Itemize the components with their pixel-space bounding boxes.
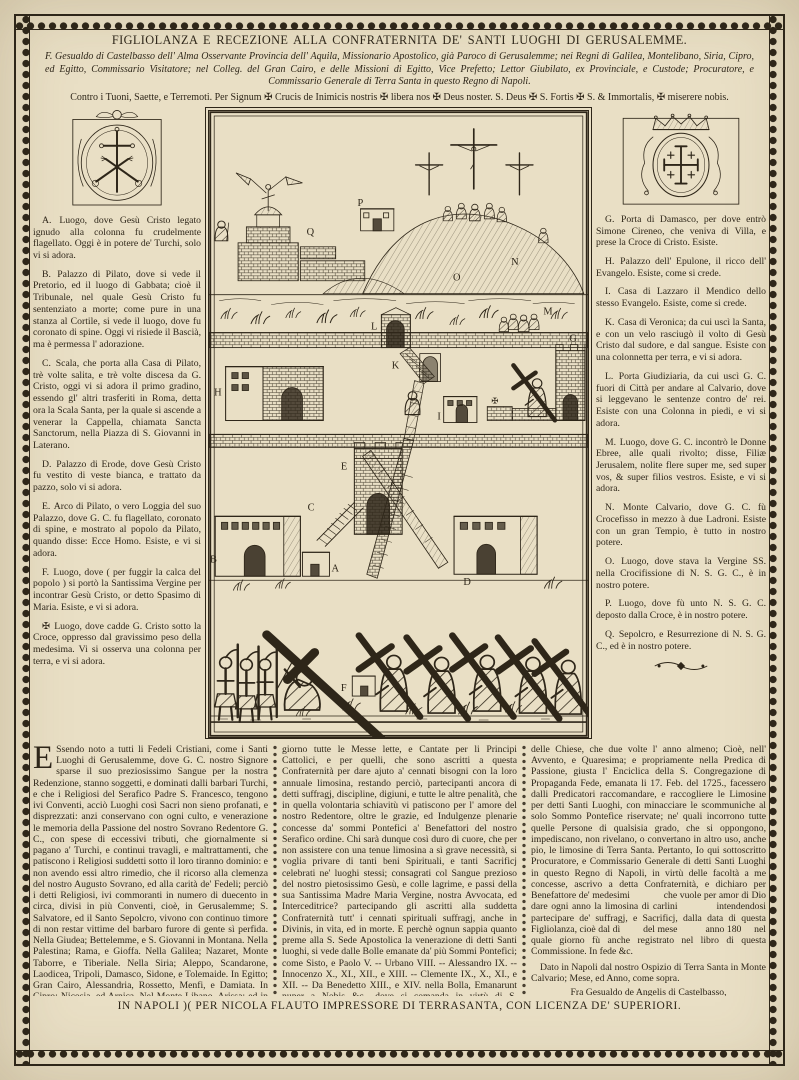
engraving-label: A [332,563,340,574]
legend-entry: D. Palazzo di Erode, dove Gesù Cristo fu… [33,459,201,494]
entry-text: Casa di Lazzaro il Mendico dello stesso … [596,286,766,309]
entry-text: Porta di Damasco, per dove entrò Simone … [596,214,766,248]
legend-entry: L. Porta Giudiziaria, da cui uscì G. C. … [596,371,766,430]
entry-letter: N. [605,502,615,513]
entry-letter: F. [42,567,50,578]
entry-letter: ✠ [42,621,51,632]
engraving-label: N [511,257,519,268]
entry-text: Monte Calvario, dove G. C. fù Crocefisso… [596,502,766,548]
entry-letter: H. [605,256,615,267]
legend-entry: C. Scala, che porta alla Casa di Pilato,… [33,358,201,452]
legend-entry: H. Palazzo dell' Epulone, il ricco dell'… [596,256,766,279]
column-divider [272,744,278,996]
entry-text: Palazzo di Pilato, dove si vede il Preto… [33,269,201,350]
column-divider [521,744,527,996]
jerusalem-arms [596,109,766,206]
entry-letter: K. [605,317,615,328]
entry-text: Luogo, dove stava la Vergine SS. nella C… [596,556,766,590]
engraving-label: I [437,411,441,422]
jerusalem-arms-icon [620,109,742,206]
signature-name: Fra Gesualdo de Angelis di Castelbasso, [531,987,766,996]
entry-text: Casa di Veronica; da cui uscì la Santa, … [596,317,766,363]
engraving-label: P [357,198,363,209]
entry-text: Luogo, dove cadde G. Cristo sotto la Cro… [33,621,201,667]
franciscan-arms-icon [70,109,164,207]
engraving-frame: A B C D E F G H I K L M N [208,110,589,738]
drop-cap: E [33,744,56,772]
legend-entry: E. Arco di Pilato, o vero Loggia del suo… [33,501,201,560]
entry-letter: Q. [605,629,615,640]
legend-entry: B. Palazzo di Pilato, dove si vede il Pr… [33,269,201,351]
engraving-scene [209,129,588,737]
engraving-label: K [392,361,400,372]
legend-entry: M. Luogo, dove G. C. incontrò le Donne E… [596,437,766,496]
entry-text: Porta Giudiziaria, da cui uscì G. C. fuo… [596,371,766,429]
appeal-column-1: ESsendo noto a tutti li Fedeli Cristiani… [33,744,268,996]
ornamental-border-bottom [14,1050,785,1066]
engraving-label-cross: ✠ [491,396,498,405]
left-legend-column: A. Luogo, dove Gesù Cristo legato ignudo… [33,107,201,739]
engraving-label: D [463,577,471,588]
appeal-text-2: giorno tutte le Messe lette, e Cantate p… [282,744,517,996]
appeal-column-2: giorno tutte le Messe lette, e Cantate p… [282,744,517,996]
legend-entry: N. Monte Calvario, dove G. C. fù Crocefi… [596,502,766,549]
ornamental-border-left [14,14,30,1066]
ornamental-border-right [769,14,785,1066]
legend-entry: K. Casa di Veronica; da cui uscì la Sant… [596,317,766,364]
invocation-line: Contro i Tuoni, Saette, e Terremoti. Per… [33,92,766,103]
legend-entry: G. Porta di Damasco, per dove entrò Simo… [596,214,766,249]
entry-text: Palazzo dell' Epulone, il ricco dell' Ev… [596,256,766,279]
entry-letter: D. [42,459,52,470]
entry-letter: B. [42,269,52,280]
main-section: A. Luogo, dove Gesù Cristo legato ignudo… [33,107,766,739]
page-title: FIGLIOLANZA E RECEZIONE ALLA CONFRATERNI… [33,33,766,48]
engraving-label: M [543,307,552,318]
entry-text: Arco di Pilato, o vero Loggia del suo Pa… [33,501,201,559]
engraving-plate: A B C D E F G H I K L M N [205,107,592,739]
engraving-label: H [214,387,222,398]
entry-text: Scala, che porta alla Casa di Pilato, tr… [33,358,201,451]
entry-text: Sepolcro, e Resurrezione di N. S. G. C.,… [596,629,766,652]
entry-text: Luogo, dove fù unto N. S. G. C. deposto … [596,598,766,621]
imprint-line: IN NAPOLI )( PER NICOLA FLAUTO IMPRESSOR… [33,1000,766,1012]
legend-entry: I. Casa di Lazzaro il Mendico dello stes… [596,286,766,309]
engraving-label: C [308,502,315,513]
appeal-section: ESsendo noto a tutti li Fedeli Cristiani… [33,744,766,996]
entry-letter: C. [42,358,52,369]
flourish-icon [646,659,716,673]
legend-entry: Q. Sepolcro, e Resurrezione di N. S. G. … [596,629,766,652]
entry-text: Palazzo di Erode, dove Gesù Cristo fu ve… [33,459,201,493]
tailpiece-flourish [596,659,766,673]
legend-entry: A. Luogo, dove Gesù Cristo legato ignudo… [33,215,201,262]
engraving-label: G [569,334,577,345]
entry-letter: I. [605,286,612,297]
entry-text: Luogo, dove G. C. incontrò le Donne Ebre… [596,437,766,495]
appeal-text-1: Ssendo noto a tutti li Fedeli Cristiani,… [33,744,268,996]
dato-line: Dato in Napoli dal nostro Ospizio di Ter… [531,962,766,985]
franciscan-arms [33,109,201,207]
right-legend-column: G. Porta di Damasco, per dove entrò Simo… [596,107,766,739]
engraving-label: E [341,461,347,472]
legend-entry: P. Luogo, dove fù unto N. S. G. C. depos… [596,598,766,621]
entry-letter: E. [42,501,51,512]
entry-letter: P. [605,598,613,609]
appeal-column-3: delle Chiese, che due volte l' anno alme… [531,744,766,996]
entry-letter: O. [605,556,615,567]
entry-letter: L. [605,371,614,382]
engraving-label: F [341,683,347,694]
via-crucis-engraving: A B C D E F G H I K L M N [209,111,588,737]
engraving-label: Q [307,227,315,238]
legend-entry: F. Luogo, dove ( per fuggir la calca del… [33,567,201,614]
legend-entry: O. Luogo, dove stava la Vergine SS. nell… [596,556,766,591]
sheet-content: FIGLIOLANZA E RECEZIONE ALLA CONFRATERNI… [33,31,766,1049]
ornamental-border-top [14,14,785,30]
entry-letter: M. [605,437,617,448]
broadside-sheet: FIGLIOLANZA E RECEZIONE ALLA CONFRATERNI… [0,0,799,1080]
entry-text: Luogo, dove ( per fuggir la calca del po… [33,567,201,613]
engraving-label: O [453,273,461,284]
entry-letter: A. [42,215,52,226]
legend-entry: ✠ Luogo, dove cadde G. Cristo sotto la C… [33,621,201,668]
entry-text: Luogo, dove Gesù Cristo legato ignudo al… [33,215,201,261]
entry-letter: G. [605,214,615,225]
engraving-label: L [371,322,377,333]
dedication-text: F. Gesualdo di Castelbasso dell' Alma Os… [45,51,754,89]
appeal-text-3: delle Chiese, che due volte l' anno alme… [531,744,766,958]
